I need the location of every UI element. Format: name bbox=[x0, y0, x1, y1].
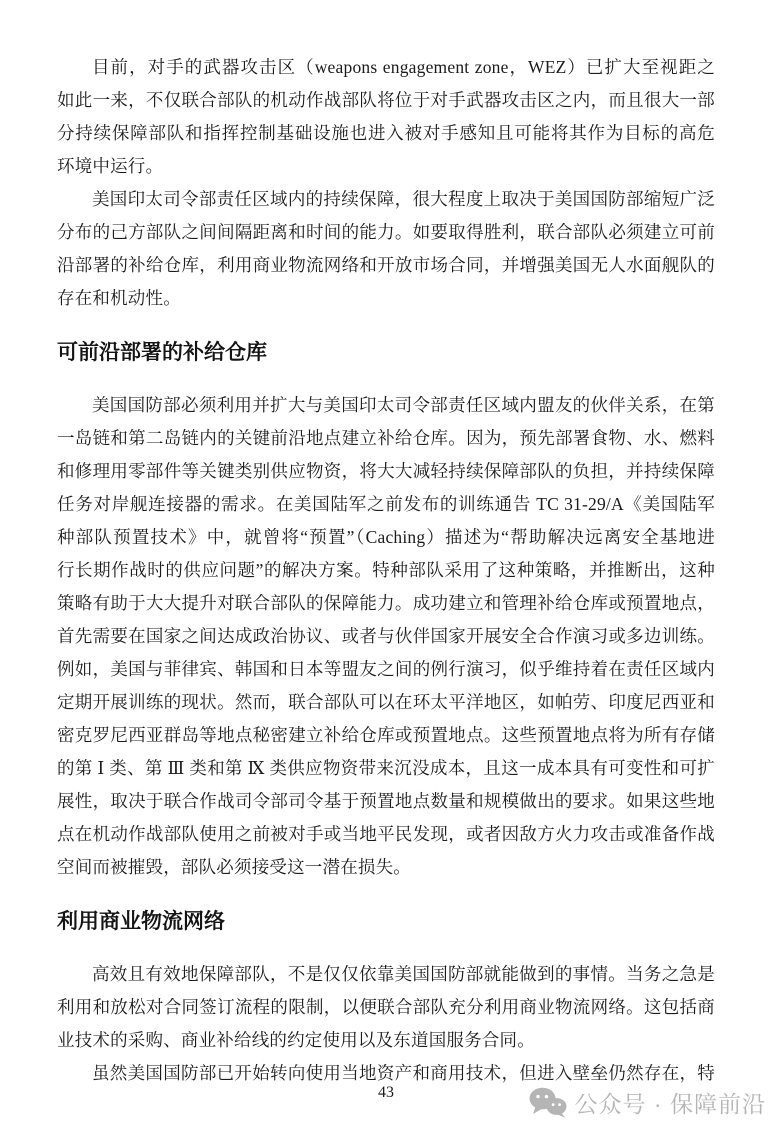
text-line: 的第 Ⅰ 类、第 Ⅲ 类和第 Ⅸ 类供应物资带来沉没成本，且这一成本具有可变性和… bbox=[57, 752, 715, 785]
text-line: 美国国防部必须利用并扩大与美国印太司令部责任区域内盟友的伙伴关系，在第 bbox=[57, 389, 715, 422]
document-body: 目前，对手的武器攻击区（weapons engagement zone，WEZ）… bbox=[57, 51, 715, 1090]
text-line: 如此一来，不仅联合部队的机动作战部队将位于对手武器攻击区之内，而且很大一部 bbox=[57, 84, 715, 117]
document-page: 目前，对手的武器攻击区（weapons engagement zone，WEZ）… bbox=[0, 0, 772, 1141]
text-line: 首先需要在国家之间达成政治协议、或者与伙伴国家开展安全合作演习或多边训练。 bbox=[57, 620, 715, 653]
text-line: 和修理用零部件等关键类别供应物资，将大大减轻持续保障部队的负担，并持续保障 bbox=[57, 455, 715, 488]
text-line: 业技术的采购、商业补给线的约定使用以及东道国服务合同。 bbox=[57, 1024, 715, 1057]
text-line: 任务对岸舰连接器的需求。在美国陆军之前发布的训练通告 TC 31-29/A《美国… bbox=[57, 488, 715, 521]
watermark-label: 公众号 · 保障前沿 bbox=[575, 1086, 766, 1119]
wechat-icon bbox=[529, 1087, 567, 1118]
watermark: 公众号 · 保障前沿 bbox=[529, 1086, 766, 1119]
text-line: 美国印太司令部责任区域内的持续保障，很大程度上取决于美国国防部缩短广泛 bbox=[57, 183, 715, 216]
paragraph: 美国印太司令部责任区域内的持续保障，很大程度上取决于美国国防部缩短广泛分布的己方… bbox=[57, 183, 715, 315]
text-line: 环境中运行。 bbox=[57, 150, 715, 183]
text-line: 点在机动作战部队使用之前被对手或当地平民发现，或者因敌方火力攻击或准备作战 bbox=[57, 818, 715, 851]
text-line: 策略有助于大大提升对联合部队的保障能力。成功建立和管理补给仓库或预置地点， bbox=[57, 587, 715, 620]
section-heading: 可前沿部署的补给仓库 bbox=[57, 331, 715, 375]
text-line: 沿部署的补给仓库，利用商业物流网络和开放市场合同，并增强美国无人水面舰队的 bbox=[57, 249, 715, 282]
text-line: 目前，对手的武器攻击区（weapons engagement zone，WEZ）… bbox=[57, 51, 715, 84]
paragraph: 高效且有效地保障部队，不是仅仅依靠美国国防部就能做到的事情。当务之急是利用和放松… bbox=[57, 958, 715, 1057]
text-line: 展性，取决于联合作战司令部司令基于预置地点数量和规模做出的要求。如果这些地 bbox=[57, 785, 715, 818]
text-line: 分布的己方部队之间间隔距离和时间的能力。如要取得胜利，联合部队必须建立可前 bbox=[57, 216, 715, 249]
text-line: 一岛链和第二岛链内的关键前沿地点建立补给仓库。因为，预先部署食物、水、燃料 bbox=[57, 422, 715, 455]
text-line: 种部队预置技术》中，就曾将“预置”（Caching）描述为“帮助解决远离安全基地… bbox=[57, 521, 715, 554]
text-line: 空间而被摧毁，部队必须接受这一潜在损失。 bbox=[57, 851, 715, 884]
text-line: 密克罗尼西亚群岛等地点秘密建立补给仓库或预置地点。这些预置地点将为所有存储 bbox=[57, 719, 715, 752]
text-line: 定期开展训练的现状。然而，联合部队可以在环太平洋地区，如帕劳、印度尼西亚和 bbox=[57, 686, 715, 719]
text-line: 行长期作战时的供应问题”的解决方案。特种部队采用了这种策略，并推断出，这种 bbox=[57, 554, 715, 587]
text-line: 高效且有效地保障部队，不是仅仅依靠美国国防部就能做到的事情。当务之急是 bbox=[57, 958, 715, 991]
text-line: 存在和机动性。 bbox=[57, 282, 715, 315]
section-heading: 利用商业物流网络 bbox=[57, 900, 715, 944]
text-line: 利用和放松对合同签订流程的限制，以便联合部队充分利用商业物流网络。这包括商 bbox=[57, 991, 715, 1024]
text-line: 例如，美国与菲律宾、韩国和日本等盟友之间的例行演习，似乎维持着在责任区域内 bbox=[57, 653, 715, 686]
page-number: 43 bbox=[378, 1084, 394, 1101]
text-line: 分持续保障部队和指挥控制基础设施也进入被对手感知且可能将其作为目标的高危 bbox=[57, 117, 715, 150]
paragraph: 目前，对手的武器攻击区（weapons engagement zone，WEZ）… bbox=[57, 51, 715, 183]
paragraph: 美国国防部必须利用并扩大与美国印太司令部责任区域内盟友的伙伴关系，在第一岛链和第… bbox=[57, 389, 715, 884]
